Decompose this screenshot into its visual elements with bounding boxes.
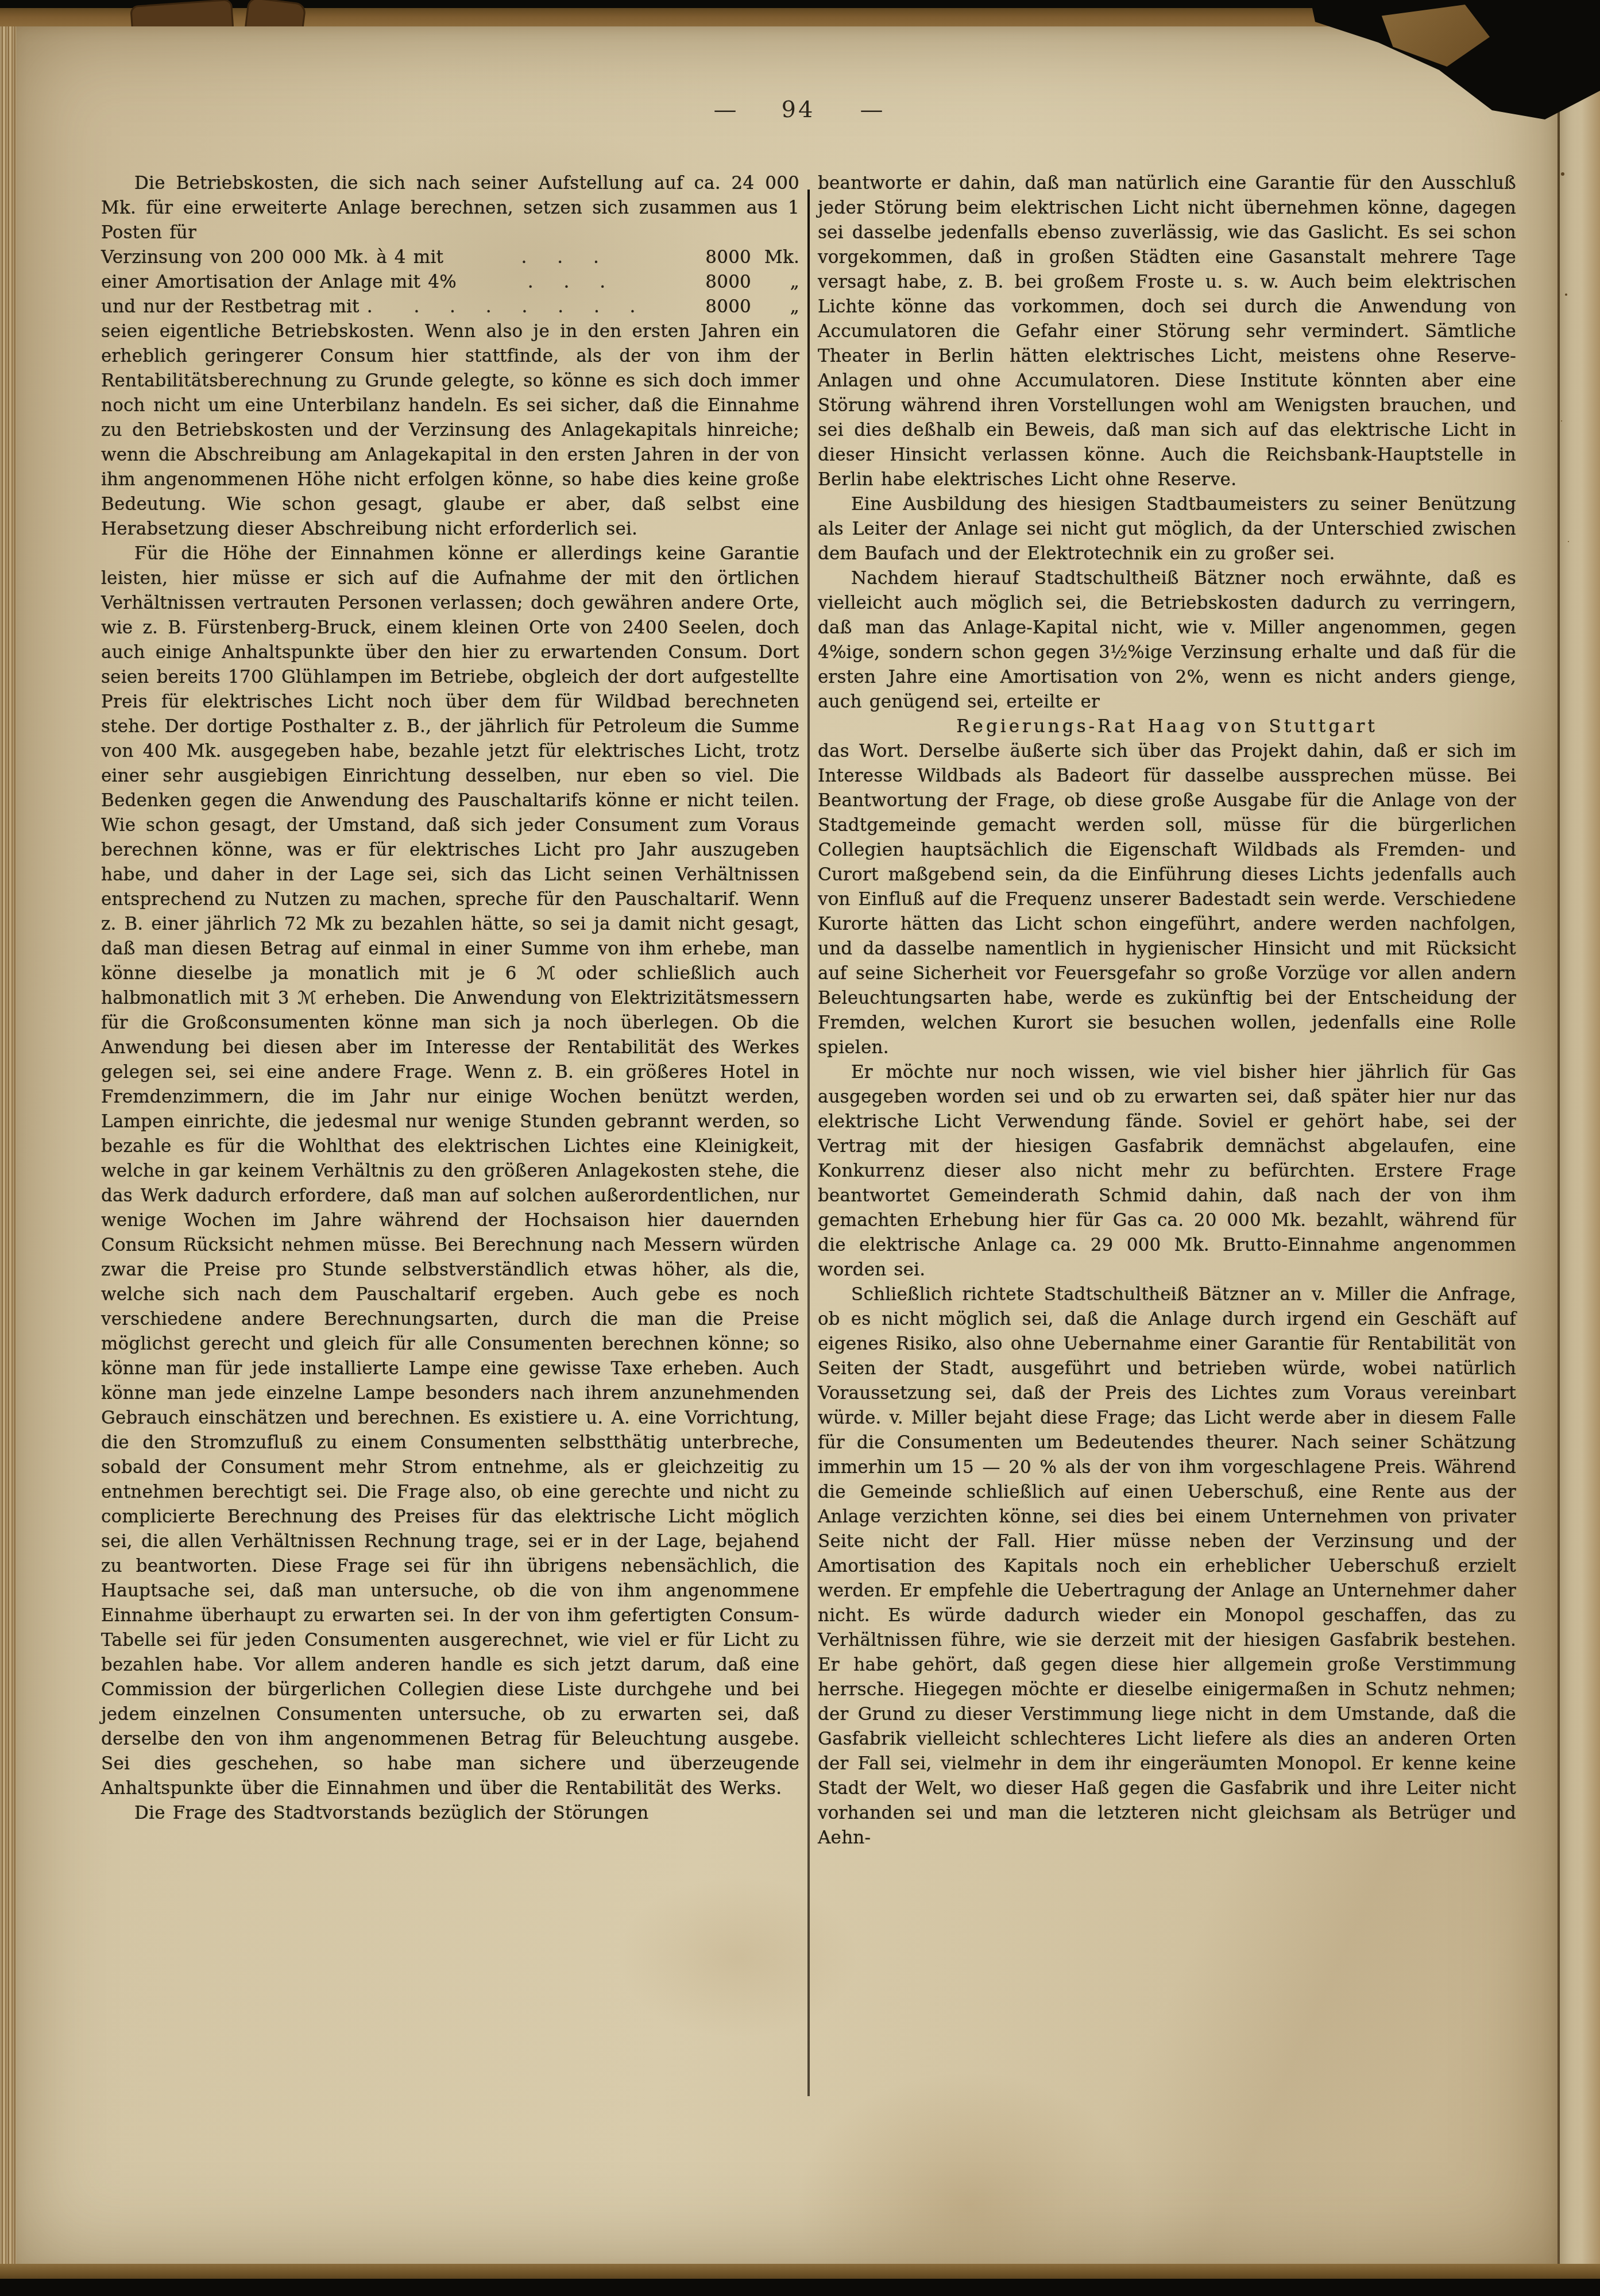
heading-regierungsrat-haag: Regierungs-Rat Haag von Stuttgart bbox=[818, 714, 1516, 739]
header-dash-left: — bbox=[714, 96, 737, 123]
paragraph-einnahmen: Für die Höhe der Einnahmen könne er alle… bbox=[101, 542, 799, 1801]
cost-line-amortisation: einer Amortisation der Anlage mit 4% . .… bbox=[101, 270, 799, 295]
cost-label: Verzinsung von 200 000 Mk. à 4 mit bbox=[101, 245, 443, 270]
paragraph-nachdem: Nachdem hierauf Stadtschultheiß Bätzner … bbox=[818, 566, 1516, 714]
dot-leader: . . . bbox=[457, 270, 688, 295]
paragraph-er-moechte: Er möchte nur noch wissen, wie viel bish… bbox=[818, 1060, 1516, 1282]
scanned-book-photo: — 94 — Die Betriebskosten, die sich nach… bbox=[0, 0, 1600, 2296]
left-column: Die Betriebskosten, die sich nach seiner… bbox=[101, 171, 799, 1826]
page-number: 94 bbox=[782, 96, 816, 123]
paragraph-frage-stadtvorstand: Die Frage des Stadtvorstands bezüglich d… bbox=[101, 1801, 799, 1826]
cost-label: einer Amortisation der Anlage mit 4% bbox=[101, 270, 457, 295]
page-header: — 94 — bbox=[678, 96, 919, 123]
page-stack-left-edge bbox=[0, 26, 16, 2268]
cost-amount: 8000 bbox=[688, 270, 751, 295]
cost-unit: „ bbox=[751, 295, 799, 319]
cost-label: und nur der Restbetrag mit . bbox=[101, 295, 373, 319]
paragraph-das-wort: das Wort. Derselbe äußerte sich über das… bbox=[818, 739, 1516, 1060]
cost-line-restbetrag: und nur der Restbetrag mit . . . . . . .… bbox=[101, 295, 799, 319]
background-bottom-strip bbox=[0, 2279, 1600, 2296]
cost-amount: 8000 bbox=[688, 245, 751, 270]
paragraph-beantworte: beantworte er dahin, daß man natürlich e… bbox=[818, 171, 1516, 492]
next-page-edge bbox=[1560, 31, 1600, 2268]
paragraph-betriebskosten-intro: Die Betriebskosten, die sich nach seiner… bbox=[101, 171, 799, 245]
dust-specks bbox=[1561, 172, 1564, 176]
right-column: beantworte er dahin, daß man natürlich e… bbox=[818, 171, 1516, 1850]
paragraph-ausbildung: Eine Ausbildung des hiesigen Stadtbaumei… bbox=[818, 492, 1516, 566]
paragraph-schliesslich: Schließlich richtete Stadtschultheiß Bät… bbox=[818, 1282, 1516, 1850]
dot-leader: . . . bbox=[443, 245, 688, 270]
paragraph-betriebskosten: seien eigentliche Betriebskosten. Wenn a… bbox=[101, 319, 799, 542]
cost-unit: „ bbox=[751, 270, 799, 295]
dot-leader: . . . . . . . bbox=[373, 295, 688, 319]
header-dash-right: — bbox=[860, 96, 883, 123]
cost-line-verzinsung: Verzinsung von 200 000 Mk. à 4 mit . . .… bbox=[101, 245, 799, 270]
cost-unit: Mk. bbox=[751, 245, 799, 270]
cost-amount: 8000 bbox=[688, 295, 751, 319]
column-divider-rule bbox=[807, 190, 810, 2096]
